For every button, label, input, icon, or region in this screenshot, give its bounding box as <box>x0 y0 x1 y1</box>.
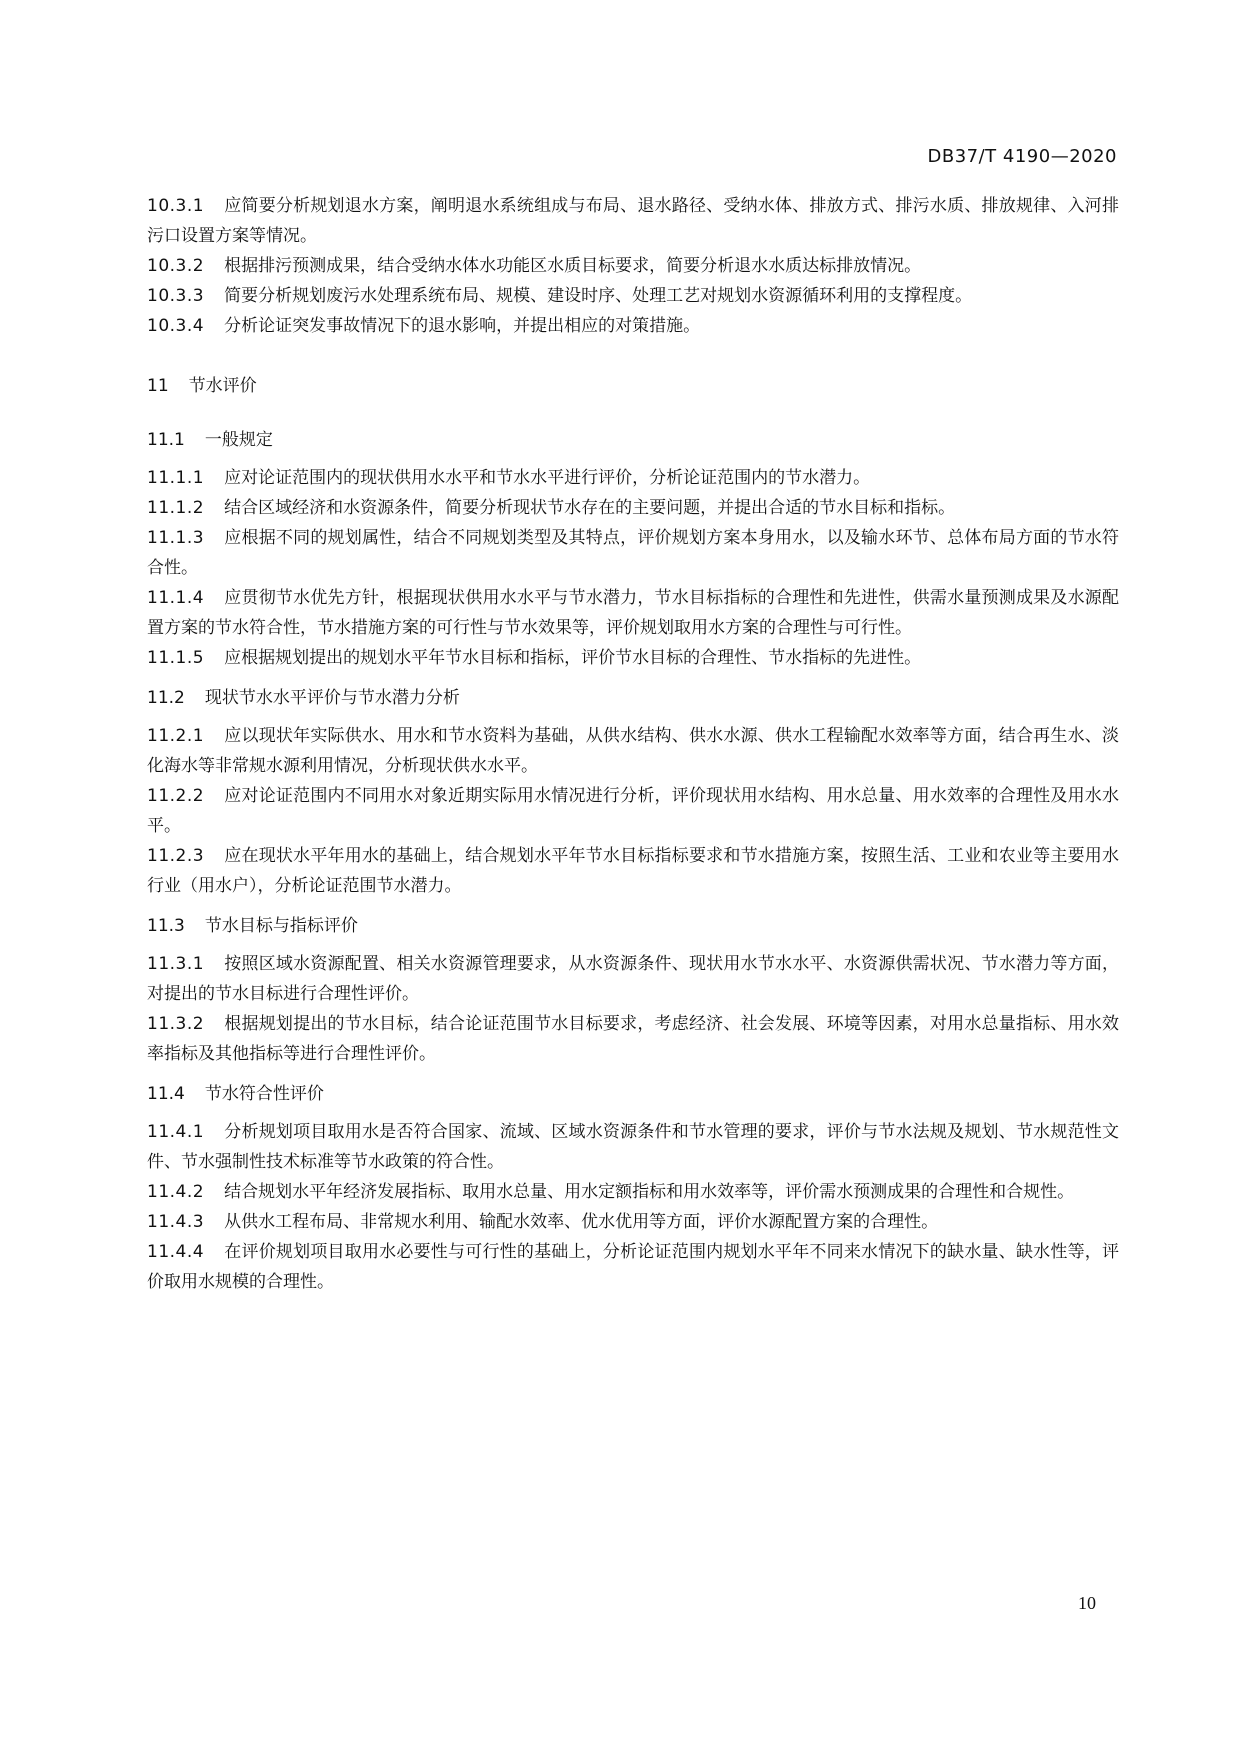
clause-number: 11.1.4 <box>147 588 204 608</box>
clause-number: 11.4.1 <box>147 1122 204 1142</box>
clause-10-3-4: 10.3.4分析论证突发事故情况下的退水影响，并提出相应的对策措施。 <box>147 311 1119 341</box>
clause-number: 11.1.5 <box>147 648 204 668</box>
clause-text: 应以现状年实际供水、用水和节水资料为基础，从供水结构、供水水源、供水工程输配水效… <box>147 726 1119 776</box>
clause-text: 应在现状水平年用水的基础上，结合规划水平年节水目标指标要求和节水措施方案，按照生… <box>147 846 1119 896</box>
clause-10-3-1: 10.3.1应简要分析规划退水方案，阐明退水系统组成与布局、退水路径、受纳水体、… <box>147 191 1119 251</box>
clause-number: 11.2.2 <box>147 786 204 806</box>
clause-number: 11.4.3 <box>147 1212 204 1232</box>
clause-11-3-2: 11.3.2根据规划提出的节水目标，结合论证范围节水目标要求，考虑经济、社会发展… <box>147 1009 1119 1069</box>
clause-11-4-3: 11.4.3从供水工程布局、非常规水利用、输配水效率、优水优用等方面，评价水源配… <box>147 1207 1119 1237</box>
clause-11-1-2: 11.1.2结合区域经济和水资源条件，简要分析现状节水存在的主要问题，并提出合适… <box>147 493 1119 523</box>
clause-11-2-2: 11.2.2应对论证范围内不同用水对象近期实际用水情况进行分析，评价现状用水结构… <box>147 781 1119 841</box>
clause-number: 10.3.3 <box>147 286 204 306</box>
clause-10-3-2: 10.3.2根据排污预测成果，结合受纳水体水功能区水质目标要求，简要分析退水水质… <box>147 251 1119 281</box>
clause-11-4-4: 11.4.4在评价规划项目取用水必要性与可行性的基础上，分析论证范围内规划水平年… <box>147 1237 1119 1297</box>
heading-text: 节水符合性评价 <box>205 1084 324 1104</box>
clause-number: 11.1.1 <box>147 468 204 488</box>
clause-text: 结合规划水平年经济发展指标、取用水总量、用水定额指标和用水效率等，评价需水预测成… <box>224 1182 1074 1202</box>
heading-text: 现状节水水平评价与节水潜力分析 <box>205 688 460 708</box>
clause-10-3-3: 10.3.3简要分析规划废污水处理系统布局、规模、建设时序、处理工艺对规划水资源… <box>147 281 1119 311</box>
clause-number: 11.2.1 <box>147 726 204 746</box>
standard-code: DB37/T 4190—2020 <box>927 146 1117 167</box>
clause-text: 结合区域经济和水资源条件，简要分析现状节水存在的主要问题，并提出合适的节水目标和… <box>224 498 955 518</box>
clause-number: 11.2.3 <box>147 846 204 866</box>
clause-text: 从供水工程布局、非常规水利用、输配水效率、优水优用等方面，评价水源配置方案的合理… <box>224 1212 938 1232</box>
clause-text: 分析规划项目取用水是否符合国家、流域、区域水资源条件和节水管理的要求，评价与节水… <box>147 1122 1119 1172</box>
clause-text: 应根据规划提出的规划水平年节水目标和指标，评价节水目标的合理性、节水指标的先进性… <box>224 648 921 668</box>
chapter-heading-11: 11节水评价 <box>147 371 1119 401</box>
clause-11-1-5: 11.1.5应根据规划提出的规划水平年节水目标和指标，评价节水目标的合理性、节水… <box>147 643 1119 673</box>
clause-11-4-1: 11.4.1分析规划项目取用水是否符合国家、流域、区域水资源条件和节水管理的要求… <box>147 1117 1119 1177</box>
clause-text: 在评价规划项目取用水必要性与可行性的基础上，分析论证范围内规划水平年不同来水情况… <box>147 1242 1119 1292</box>
heading-number: 11.3 <box>147 916 185 936</box>
clause-text: 根据规划提出的节水目标，结合论证范围节水目标要求，考虑经济、社会发展、环境等因素… <box>147 1014 1119 1064</box>
clause-number: 11.3.1 <box>147 954 204 974</box>
clause-11-1-3: 11.1.3应根据不同的规划属性，结合不同规划类型及其特点，评价规划方案本身用水… <box>147 523 1119 583</box>
heading-text: 一般规定 <box>205 430 273 450</box>
section-heading-11-4: 11.4节水符合性评价 <box>147 1079 1119 1109</box>
heading-number: 11.4 <box>147 1084 185 1104</box>
section-heading-11-2: 11.2现状节水水平评价与节水潜力分析 <box>147 683 1119 713</box>
clause-text: 根据排污预测成果，结合受纳水体水功能区水质目标要求，简要分析退水水质达标排放情况… <box>224 256 921 276</box>
clause-number: 11.1.3 <box>147 528 204 548</box>
clause-number: 10.3.2 <box>147 256 204 276</box>
clause-number: 11.1.2 <box>147 498 204 518</box>
clause-text: 应简要分析规划退水方案，阐明退水系统组成与布局、退水路径、受纳水体、排放方式、排… <box>147 196 1119 246</box>
clause-11-1-4: 11.1.4应贯彻节水优先方针，根据现状供用水水平与节水潜力，节水目标指标的合理… <box>147 583 1119 643</box>
clause-11-1-1: 11.1.1应对论证范围内的现状供用水水平和节水水平进行评价，分析论证范围内的节… <box>147 463 1119 493</box>
clause-text: 按照区域水资源配置、相关水资源管理要求，从水资源条件、现状用水节水水平、水资源供… <box>147 954 1119 1004</box>
clause-number: 11.3.2 <box>147 1014 204 1034</box>
clause-text: 应对论证范围内的现状供用水水平和节水水平进行评价，分析论证范围内的节水潜力。 <box>224 468 870 488</box>
clause-11-2-1: 11.2.1应以现状年实际供水、用水和节水资料为基础，从供水结构、供水水源、供水… <box>147 721 1119 781</box>
clause-11-3-1: 11.3.1按照区域水资源配置、相关水资源管理要求，从水资源条件、现状用水节水水… <box>147 949 1119 1009</box>
heading-text: 节水目标与指标评价 <box>205 916 358 936</box>
document-body: 10.3.1应简要分析规划退水方案，阐明退水系统组成与布局、退水路径、受纳水体、… <box>147 191 1119 1297</box>
heading-number: 11.1 <box>147 430 185 450</box>
heading-number: 11 <box>147 376 169 396</box>
clause-text: 应贯彻节水优先方针，根据现状供用水水平与节水潜力，节水目标指标的合理性和先进性，… <box>147 588 1119 638</box>
clause-11-2-3: 11.2.3应在现状水平年用水的基础上，结合规划水平年节水目标指标要求和节水措施… <box>147 841 1119 901</box>
heading-text: 节水评价 <box>189 376 257 396</box>
page-number: 10 <box>1078 1593 1096 1614</box>
section-heading-11-3: 11.3节水目标与指标评价 <box>147 911 1119 941</box>
heading-number: 11.2 <box>147 688 185 708</box>
clause-text: 简要分析规划废污水处理系统布局、规模、建设时序、处理工艺对规划水资源循环利用的支… <box>224 286 972 306</box>
clause-text: 应根据不同的规划属性，结合不同规划类型及其特点，评价规划方案本身用水，以及输水环… <box>147 528 1119 578</box>
clause-number: 10.3.1 <box>147 196 204 216</box>
clause-11-4-2: 11.4.2结合规划水平年经济发展指标、取用水总量、用水定额指标和用水效率等，评… <box>147 1177 1119 1207</box>
clause-text: 分析论证突发事故情况下的退水影响，并提出相应的对策措施。 <box>224 316 700 336</box>
clause-text: 应对论证范围内不同用水对象近期实际用水情况进行分析，评价现状用水结构、用水总量、… <box>147 786 1119 836</box>
clause-number: 11.4.2 <box>147 1182 204 1202</box>
clause-number: 11.4.4 <box>147 1242 204 1262</box>
clause-number: 10.3.4 <box>147 316 204 336</box>
section-heading-11-1: 11.1一般规定 <box>147 425 1119 455</box>
